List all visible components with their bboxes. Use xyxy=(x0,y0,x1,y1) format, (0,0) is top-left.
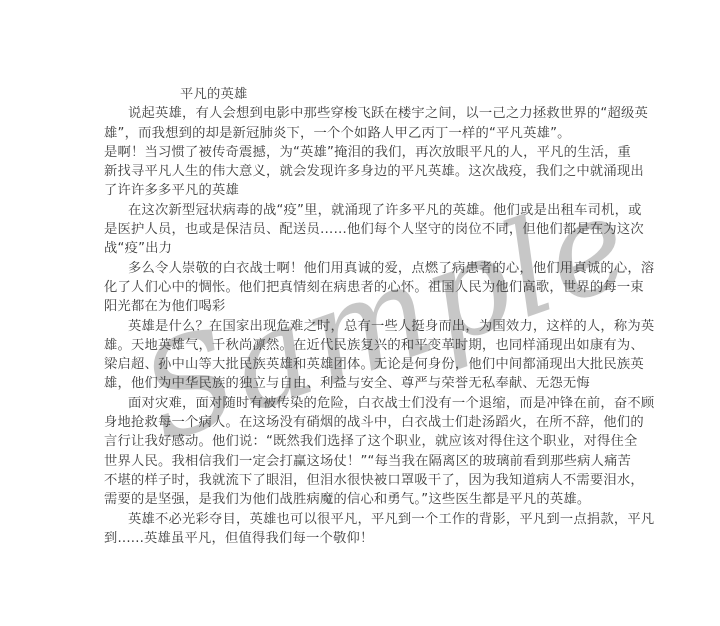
text-line: 战“疫”出力 xyxy=(104,239,656,258)
text-line: 面对灾难，面对随时有被传染的危险，白衣战士们没有一个退缩，而是冲锋在前，奋不顾 xyxy=(104,394,656,413)
text-line: 梁启超、孙中山等大批民族英雄和英雄团体。无论是何身份，他们中间都涌现出大批民族英 xyxy=(104,355,656,374)
text-line: 雄”，而我想到的却是新冠肺炎下，一个个如路人甲乙丙丁一样的“平凡英雄”。 xyxy=(104,124,656,143)
text-line: 英雄不必光彩夺目，英雄也可以很平凡，平凡到一个工作的背影，平凡到一点捐款，平凡 xyxy=(104,510,656,529)
text-line: 英雄是什么？在国家出现危难之时，总有一些人挺身而出，为国效力，这样的人，称为英 xyxy=(104,317,656,336)
text-line: 雄。天地英雄气，千秋尚凛然。在近代民族复兴的和平变革时期，也同样涌现出如康有为、 xyxy=(104,336,656,355)
text-line: 不堪的样子时，我就流下了眼泪，但泪水很快被口罩吸干了，因为我知道病人不需要泪水， xyxy=(104,471,656,490)
text-line: 说起英雄，有人会想到电影中那些穿梭飞跃在楼宇之间，以一己之力拯救世界的“超级英 xyxy=(104,104,656,123)
text-line: 化了人们心中的惆怅。他们把真情刻在病患者的心怀。祖国人民为他们高歌，世界的每一束 xyxy=(104,278,656,297)
text-line: 需要的是坚强，是我们为他们战胜病魔的信心和勇气。”这些医生都是平凡的英雄。 xyxy=(104,490,656,509)
text-line: 雄，他们为中华民族的独立与自由、利益与安全、尊严与荣誉无私奉献、无怨无悔 xyxy=(104,374,656,393)
text-line: 世界人民。我相信我们一定会打赢这场仗！”“每当我在隔离区的玻璃前看到那些病人痛苦 xyxy=(104,452,656,471)
text-line: 多么令人崇敬的白衣战士啊！他们用真诚的爱，点燃了病患者的心，他们用真诚的心，溶 xyxy=(104,259,656,278)
document-body: 平凡的英雄 说起英雄，有人会想到电影中那些穿梭飞跃在楼宇之间，以一己之力拯救世界… xyxy=(104,85,656,548)
text-line: 言行让我好感动。他们说：“既然我们选择了这个职业，就应该对得住这个职业，对得住全 xyxy=(104,432,656,451)
text-line: 是医护人员，也或是保洁员、配送员……他们每个人坚守的岗位不同，但他们都是在为这次 xyxy=(104,220,656,239)
text-line: 了许许多多平凡的英雄 xyxy=(104,181,656,200)
text-line: 新找寻平凡人生的伟大意义，就会发现许多身边的平凡英雄。这次战疫，我们之中就涌现出 xyxy=(104,162,656,181)
text-line: 是啊！当习惯了被传奇震撼，为“英雄”掩泪的我们，再次放眼平凡的人，平凡的生活，重 xyxy=(104,143,656,162)
document-title: 平凡的英雄 xyxy=(104,85,656,104)
document-page: Sample 平凡的英雄 说起英雄，有人会想到电影中那些穿梭飞跃在楼宇之间，以一… xyxy=(0,0,720,626)
text-line: 阳光都在为他们喝彩 xyxy=(104,297,656,316)
text-line: 在这次新型冠状病毒的战“疫”里，就涌现了许多平凡的英雄。他们或是出租车司机，或 xyxy=(104,201,656,220)
text-line: 到......英雄虽平凡，但值得我们每一个敬仰！ xyxy=(104,529,656,548)
text-line: 身地抢救每一个病人。在这场没有硝烟的战斗中，白衣战士们赴汤蹈火，在所不辞，他们的 xyxy=(104,413,656,432)
